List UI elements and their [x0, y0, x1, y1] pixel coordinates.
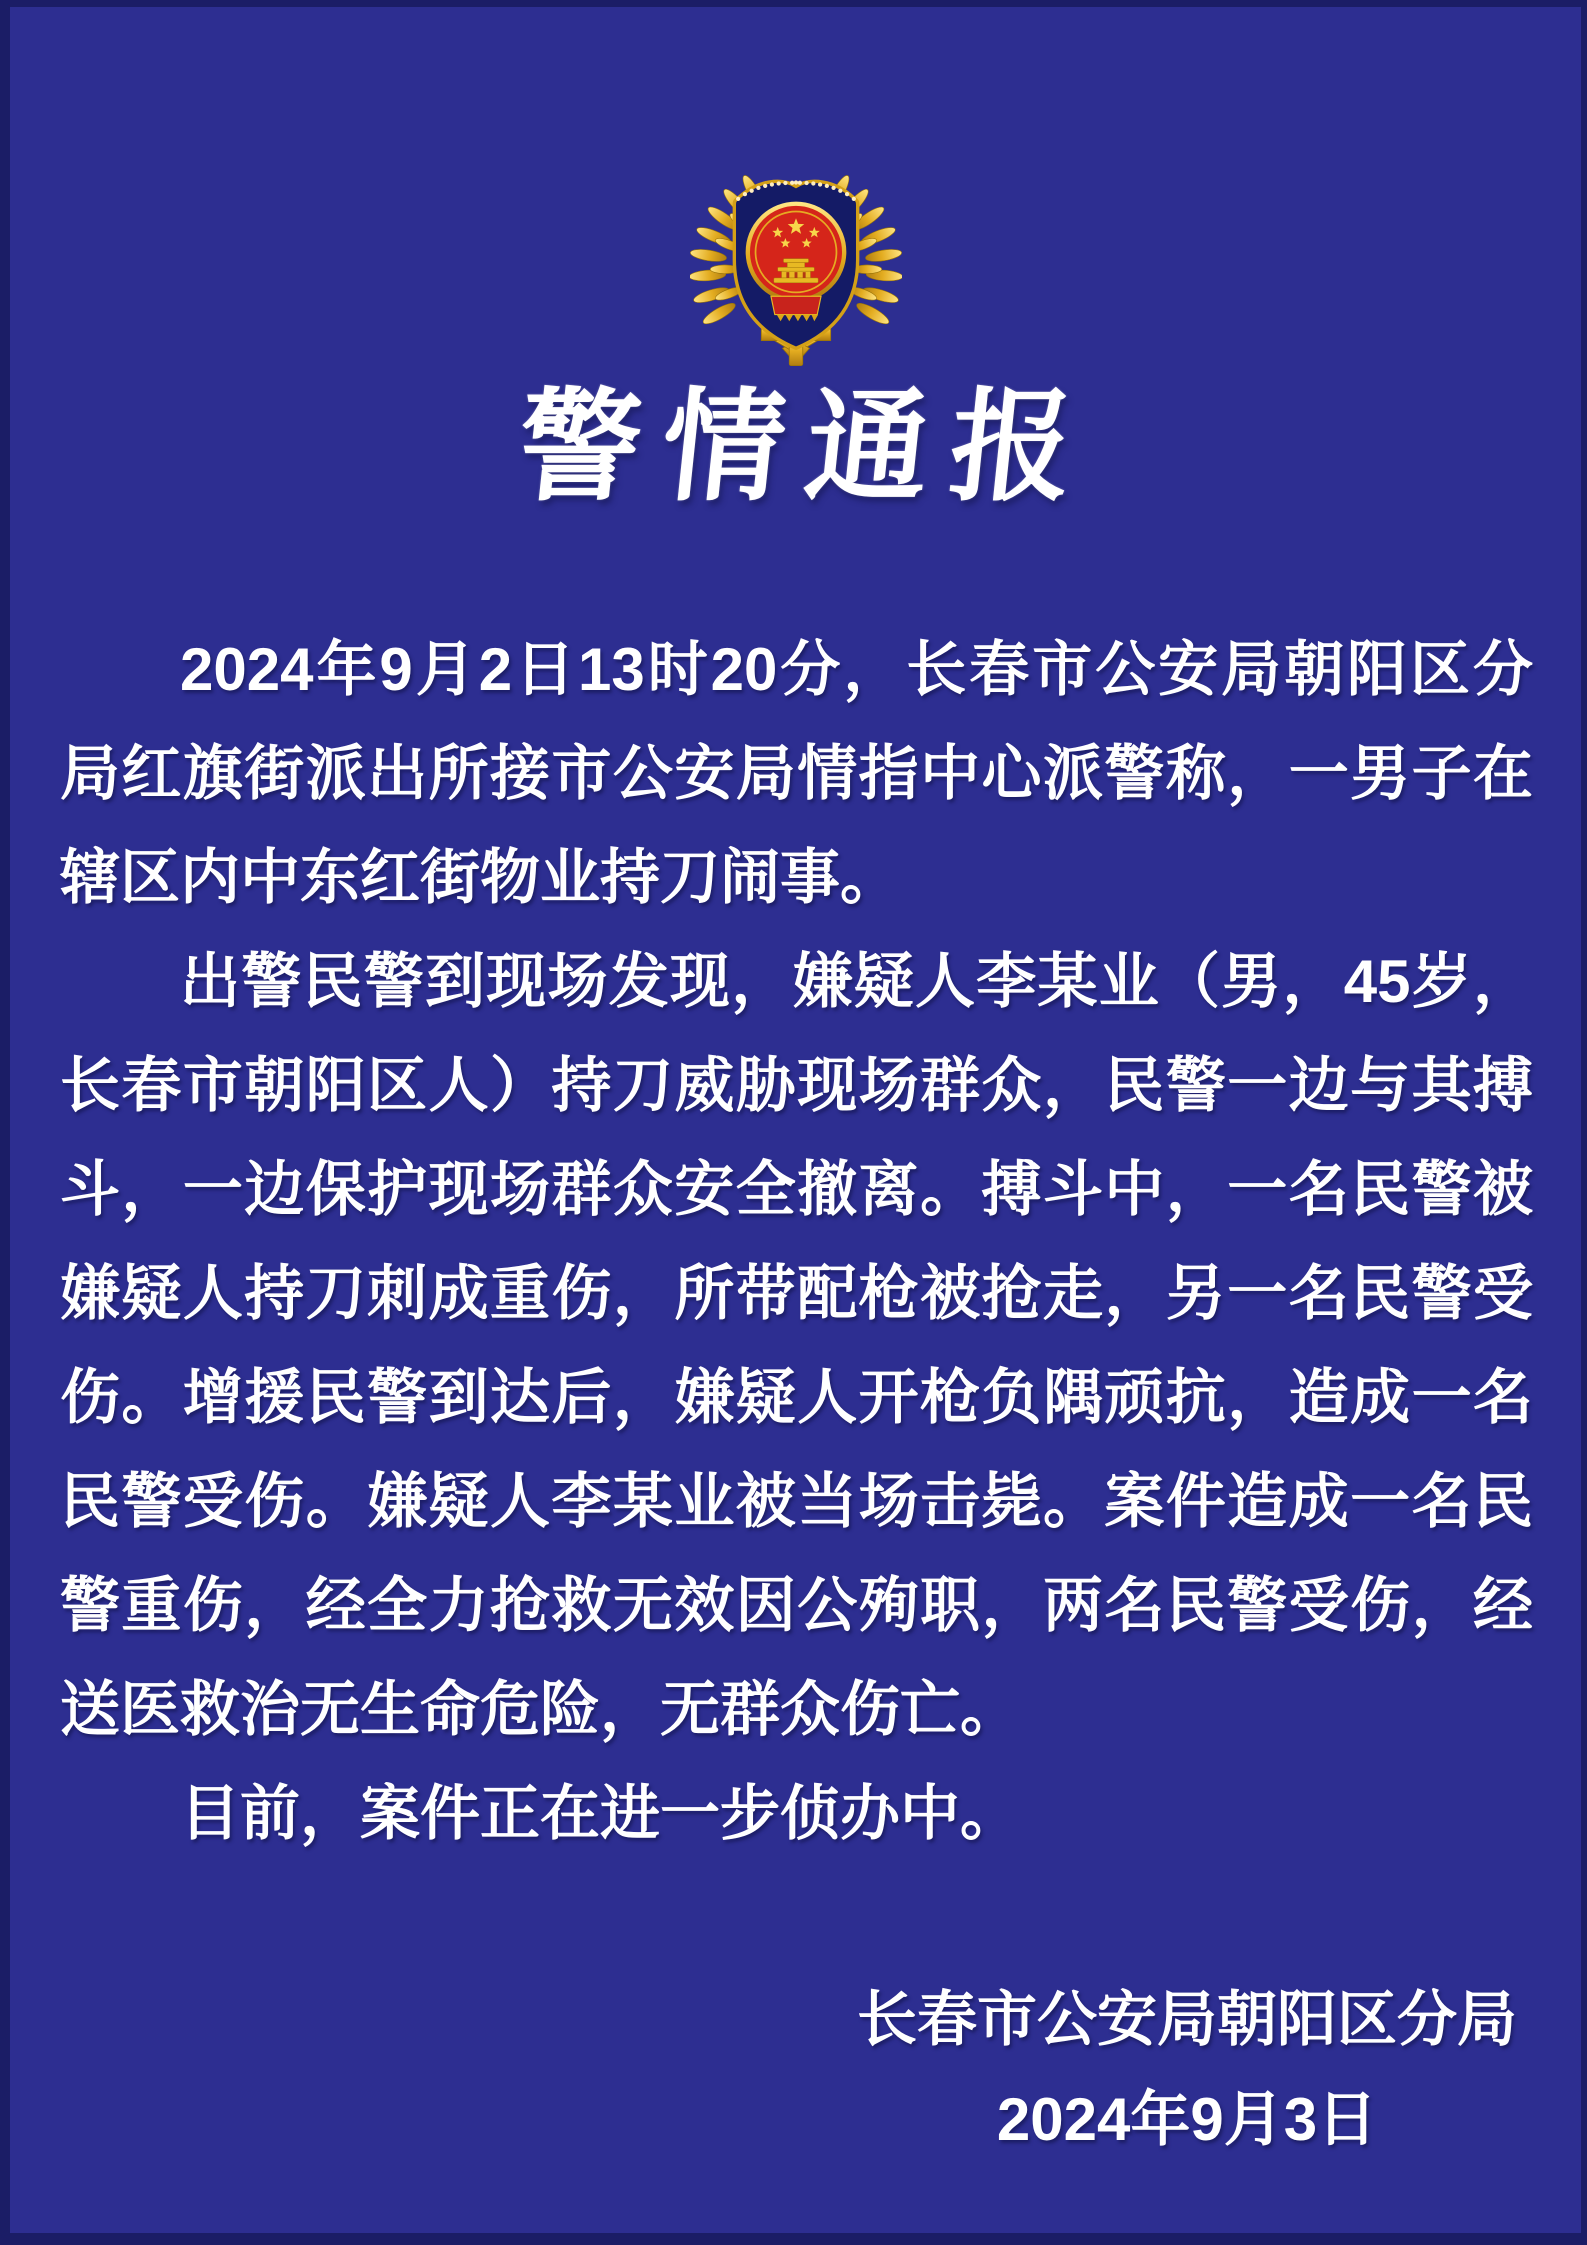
issue-date: 2024年9月3日 — [857, 2070, 1517, 2170]
paragraph-2: 出警民警到现场发现，嫌疑人李某业（男，45岁，长春市朝阳区人）持刀威胁现场群众，… — [60, 930, 1533, 1762]
page-title: 警情通报 — [4, 388, 1587, 510]
issuing-authority: 长春市公安局朝阳区分局 — [857, 1970, 1517, 2070]
paragraph-1: 2024年9月2日13时20分，长春市公安局朝阳区分局红旗街派出所接市公安局情指… — [60, 618, 1533, 930]
paragraph-3: 目前，案件正在进一步侦办中。 — [60, 1762, 1533, 1866]
notice-body: 2024年9月2日13时20分，长春市公安局朝阳区分局红旗街派出所接市公安局情指… — [10, 618, 1581, 1866]
signature-block: 长春市公安局朝阳区分局 2024年9月3日 — [10, 1970, 1581, 2170]
police-notice-page: 警情通报 2024年9月2日13时20分，长春市公安局朝阳区分局红旗街派出所接市… — [0, 0, 1587, 2245]
police-badge-icon — [690, 144, 902, 368]
